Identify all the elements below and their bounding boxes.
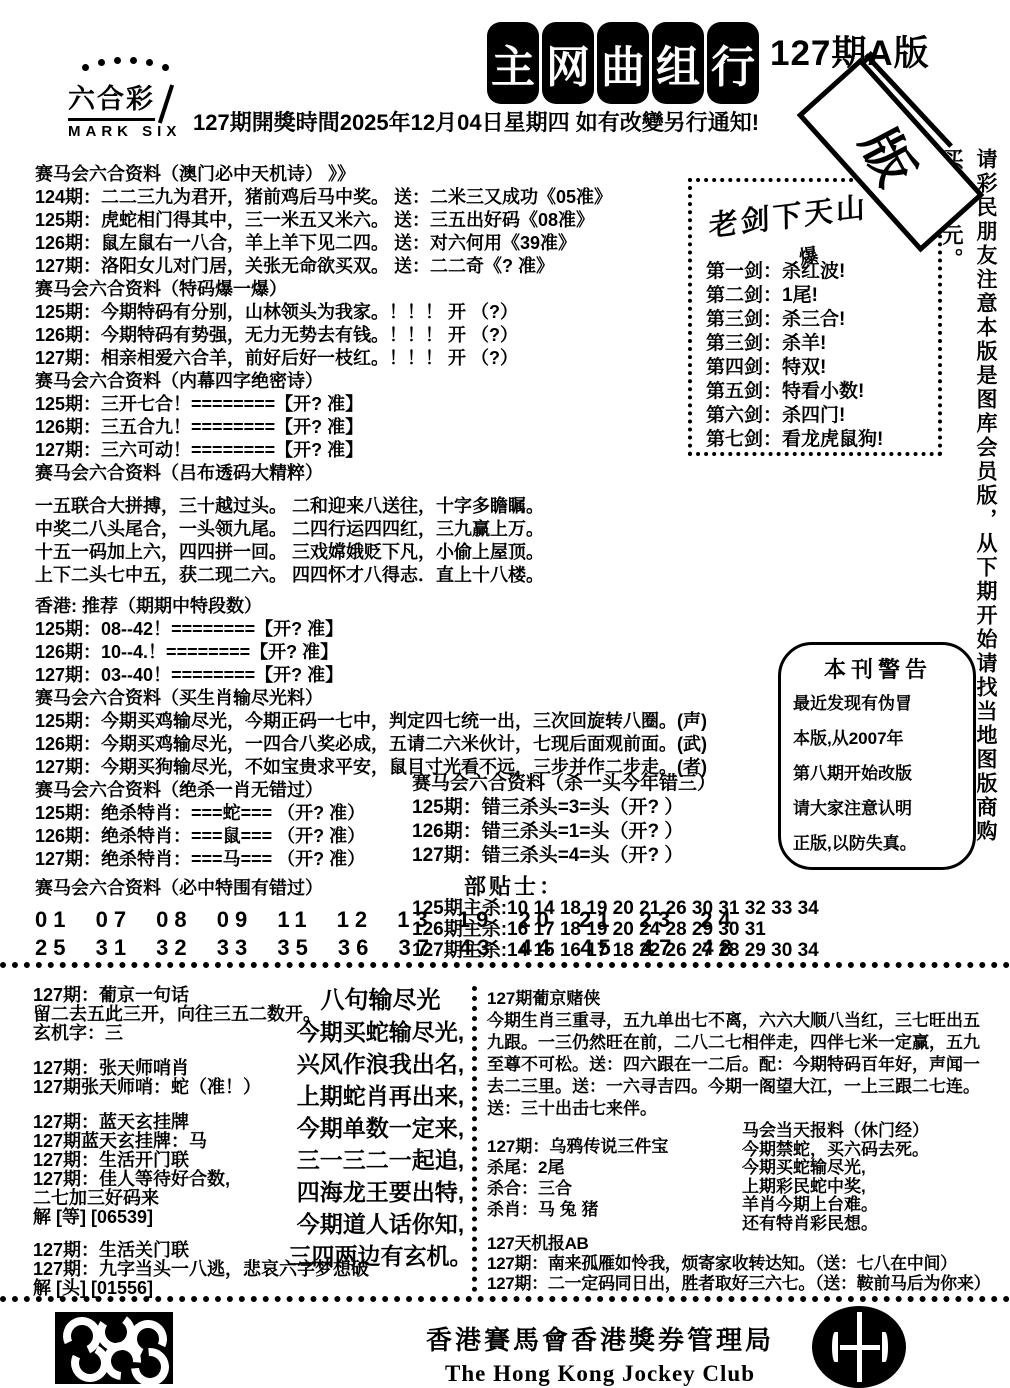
tip-line: 127期：二一定码同日出，胜者取好三六七。（送：鞍前马后为你来） [487, 1274, 1007, 1294]
tip-line: 127期：南来孤雁如怜我，烦寄家收转达知。（送：七八在中间） [487, 1254, 1007, 1274]
section-title: 赛马会六合资料（吕布透码大精粹） [35, 462, 805, 485]
poem-title: 八句输尽光 [278, 986, 483, 1016]
dotted-separator [0, 962, 1010, 968]
publisher-cn: 香港賽馬會香港獎券管理局 [400, 1320, 800, 1357]
section-title: 赛马会六合资料（买生肖输尽光料） [35, 687, 805, 710]
masthead-char: 行 [707, 22, 759, 104]
sword-item: 第七剑：看龙虎鼠狗! [706, 428, 938, 452]
lightning-bolt-icon [158, 84, 174, 123]
sword-item: 第二剑：1尾! [706, 284, 938, 308]
warning-title: 本刊警告 [793, 653, 963, 684]
publisher-en: The Hong Kong Jockey Club [400, 1361, 800, 1387]
section-title: 马会当天报料（休门经） [742, 1122, 929, 1141]
section-title: 127期葡京赌侠 [487, 988, 1007, 1010]
masthead-char: 网 [542, 22, 594, 104]
poem-line: 一五联合大拼搏，三十越过头。 二和迎来八送往，十字多瞻瞩。 [35, 495, 805, 518]
sword-item: 第六剑：杀四门! [706, 404, 938, 428]
tip-line: 解 [头] [01556] [33, 1279, 473, 1298]
sword-item: 第三剑：杀三合! [706, 308, 938, 332]
poem-line: 今期单数一定来, [278, 1112, 483, 1144]
warning-line: 请大家注意认明 [793, 791, 963, 826]
logo-dots-icon [82, 64, 89, 71]
tip-line: 去二三里。送：一六寻吉四。今期一阁望大江，一上三跟二七连。 [487, 1076, 1007, 1098]
warning-line: 正版,以防失真。 [793, 826, 963, 861]
tip-line: 125期：08--42！========【开? 准】 [35, 618, 805, 641]
tip-line: 今期禁蛇，买六码去死。 [742, 1141, 929, 1160]
kill-number-row: 126期主杀:16 17 18 19 20 24 28 29 30 31 [412, 919, 892, 940]
sword-item: 第四剑：特双! [706, 356, 938, 380]
masthead-char: 曲 [597, 22, 649, 104]
poem-line: 三一三二一起追, [278, 1144, 483, 1176]
warning-line: 最近发现有伪冒 [793, 686, 963, 721]
hkjc-logo [55, 1312, 173, 1384]
seal-mark [882, 1332, 888, 1362]
tip-line: 今期生肖三重寻，五九单出七不离，六六大顺八当红，三七旺出五 [487, 1010, 1007, 1032]
poem-line: 四海龙王要出特, [278, 1176, 483, 1208]
tip-line: 126期：今期买鸡输尽光，一四合八奖必成，五请二六米伙计，七现后面观前面。(武) [35, 733, 805, 756]
daily-report-block: 马会当天报料（休门经） 今期禁蛇，买六码去死。 今期买蛇输尽光, 上期彩民蛇中奖… [742, 1122, 929, 1233]
footer-publisher: 香港賽馬會香港獎券管理局 The Hong Kong Jockey Club [400, 1320, 800, 1387]
warning-line: 本版,从2007年 [793, 721, 963, 756]
tips-heading: 部贴士： [412, 876, 892, 898]
round-seal-icon [812, 1306, 906, 1388]
poem-line: 今期买蛇输尽光, [278, 1016, 483, 1048]
tip-line: 上期彩民蛇中奖, [742, 1178, 929, 1197]
kill-number-row: 127期主杀:14 15 16 17 18 22 26 27 28 29 30 … [412, 940, 892, 961]
sword-item: 第五剑：特看小数! [706, 380, 938, 404]
section-title: 127天机报AB [487, 1234, 1007, 1254]
publication-warning-box: 本刊警告 最近发现有伪冒 本版,从2007年 第八期开始改版 请大家注意认明 正… [778, 642, 976, 870]
newspaper-page: 主 网 曲 组 行 127期A版 六合彩 MARK SIX 127期開獎時間20… [0, 0, 1010, 1388]
logo-cn-text: 六合彩 [68, 77, 155, 121]
masthead-title: 主 网 曲 组 行 [487, 22, 759, 104]
poem-line: 兴风作浪我出名, [278, 1048, 483, 1080]
seal-mark [840, 1345, 880, 1350]
poem-line: 中奖二八头尾合，一头领九尾。 二四行运四四红，三九赢上万。 [35, 518, 805, 541]
masthead-char: 组 [652, 22, 704, 104]
seal-mark [832, 1332, 838, 1362]
poem-line: 十五一码加上六，四四拼一回。 三戏嫦娥贬下凡，小偷上屋顶。 [35, 541, 805, 564]
sword-item: 第三剑：杀羊! [706, 332, 938, 356]
tip-line: 至尊不可松。送：四六跟在一二后。配：今期特码百年好，声闻一 [487, 1054, 1007, 1076]
section-title: 香港: 推荐（期期中特段数） [35, 595, 805, 618]
poem-line: 今期道人话你知, [278, 1208, 483, 1240]
poem-line: 上下二头七中五，获二现二六。 四四怀才八得志．直上十八楼。 [35, 564, 805, 587]
kill-number-row: 125期主杀:10 14 18 19 20 21 26 30 31 32 33 … [412, 898, 892, 919]
warning-line: 第八期开始改版 [793, 756, 963, 791]
tip-line: 125期：今期买鸡输尽光，今期正码一七中，判定四七统一出，三次回旋转八圈。(声) [35, 710, 805, 733]
poem-line: 三四两边有玄机。 [278, 1240, 483, 1272]
tianji-report-block: 127天机报AB 127期：南来孤雁如怜我，烦寄家收转达知。（送：七八在中间） … [487, 1234, 1007, 1294]
masthead-char: 主 [487, 22, 539, 104]
poem-line: 上期蛇肖再出来, [278, 1080, 483, 1112]
draw-schedule: 127期開獎時間2025年12月04日星期四 如有改變另行通知! [193, 106, 759, 137]
tip-line: 九跟。一三仍然旺在前，二八二七相伴走，四伴七米一定赢，五九 [487, 1032, 1007, 1054]
tip-line: 127期：03--40！========【开? 准】 [35, 664, 805, 687]
tip-line: 羊肖今期上台难。 [742, 1196, 929, 1215]
tip-line: 126期：10--4.！========【开? 准】 [35, 641, 805, 664]
tip-line: 还有特肖彩民想。 [742, 1215, 929, 1234]
eight-line-poem: 八句输尽光 今期买蛇输尽光, 兴风作浪我出名, 上期蛇肖再出来, 今期单数一定来… [278, 986, 483, 1272]
tip-line: 今期买蛇输尽光, [742, 1159, 929, 1178]
stamp-char: 版 [846, 114, 935, 196]
tip-line: 送：三十出击七来伴。 [487, 1098, 1007, 1120]
